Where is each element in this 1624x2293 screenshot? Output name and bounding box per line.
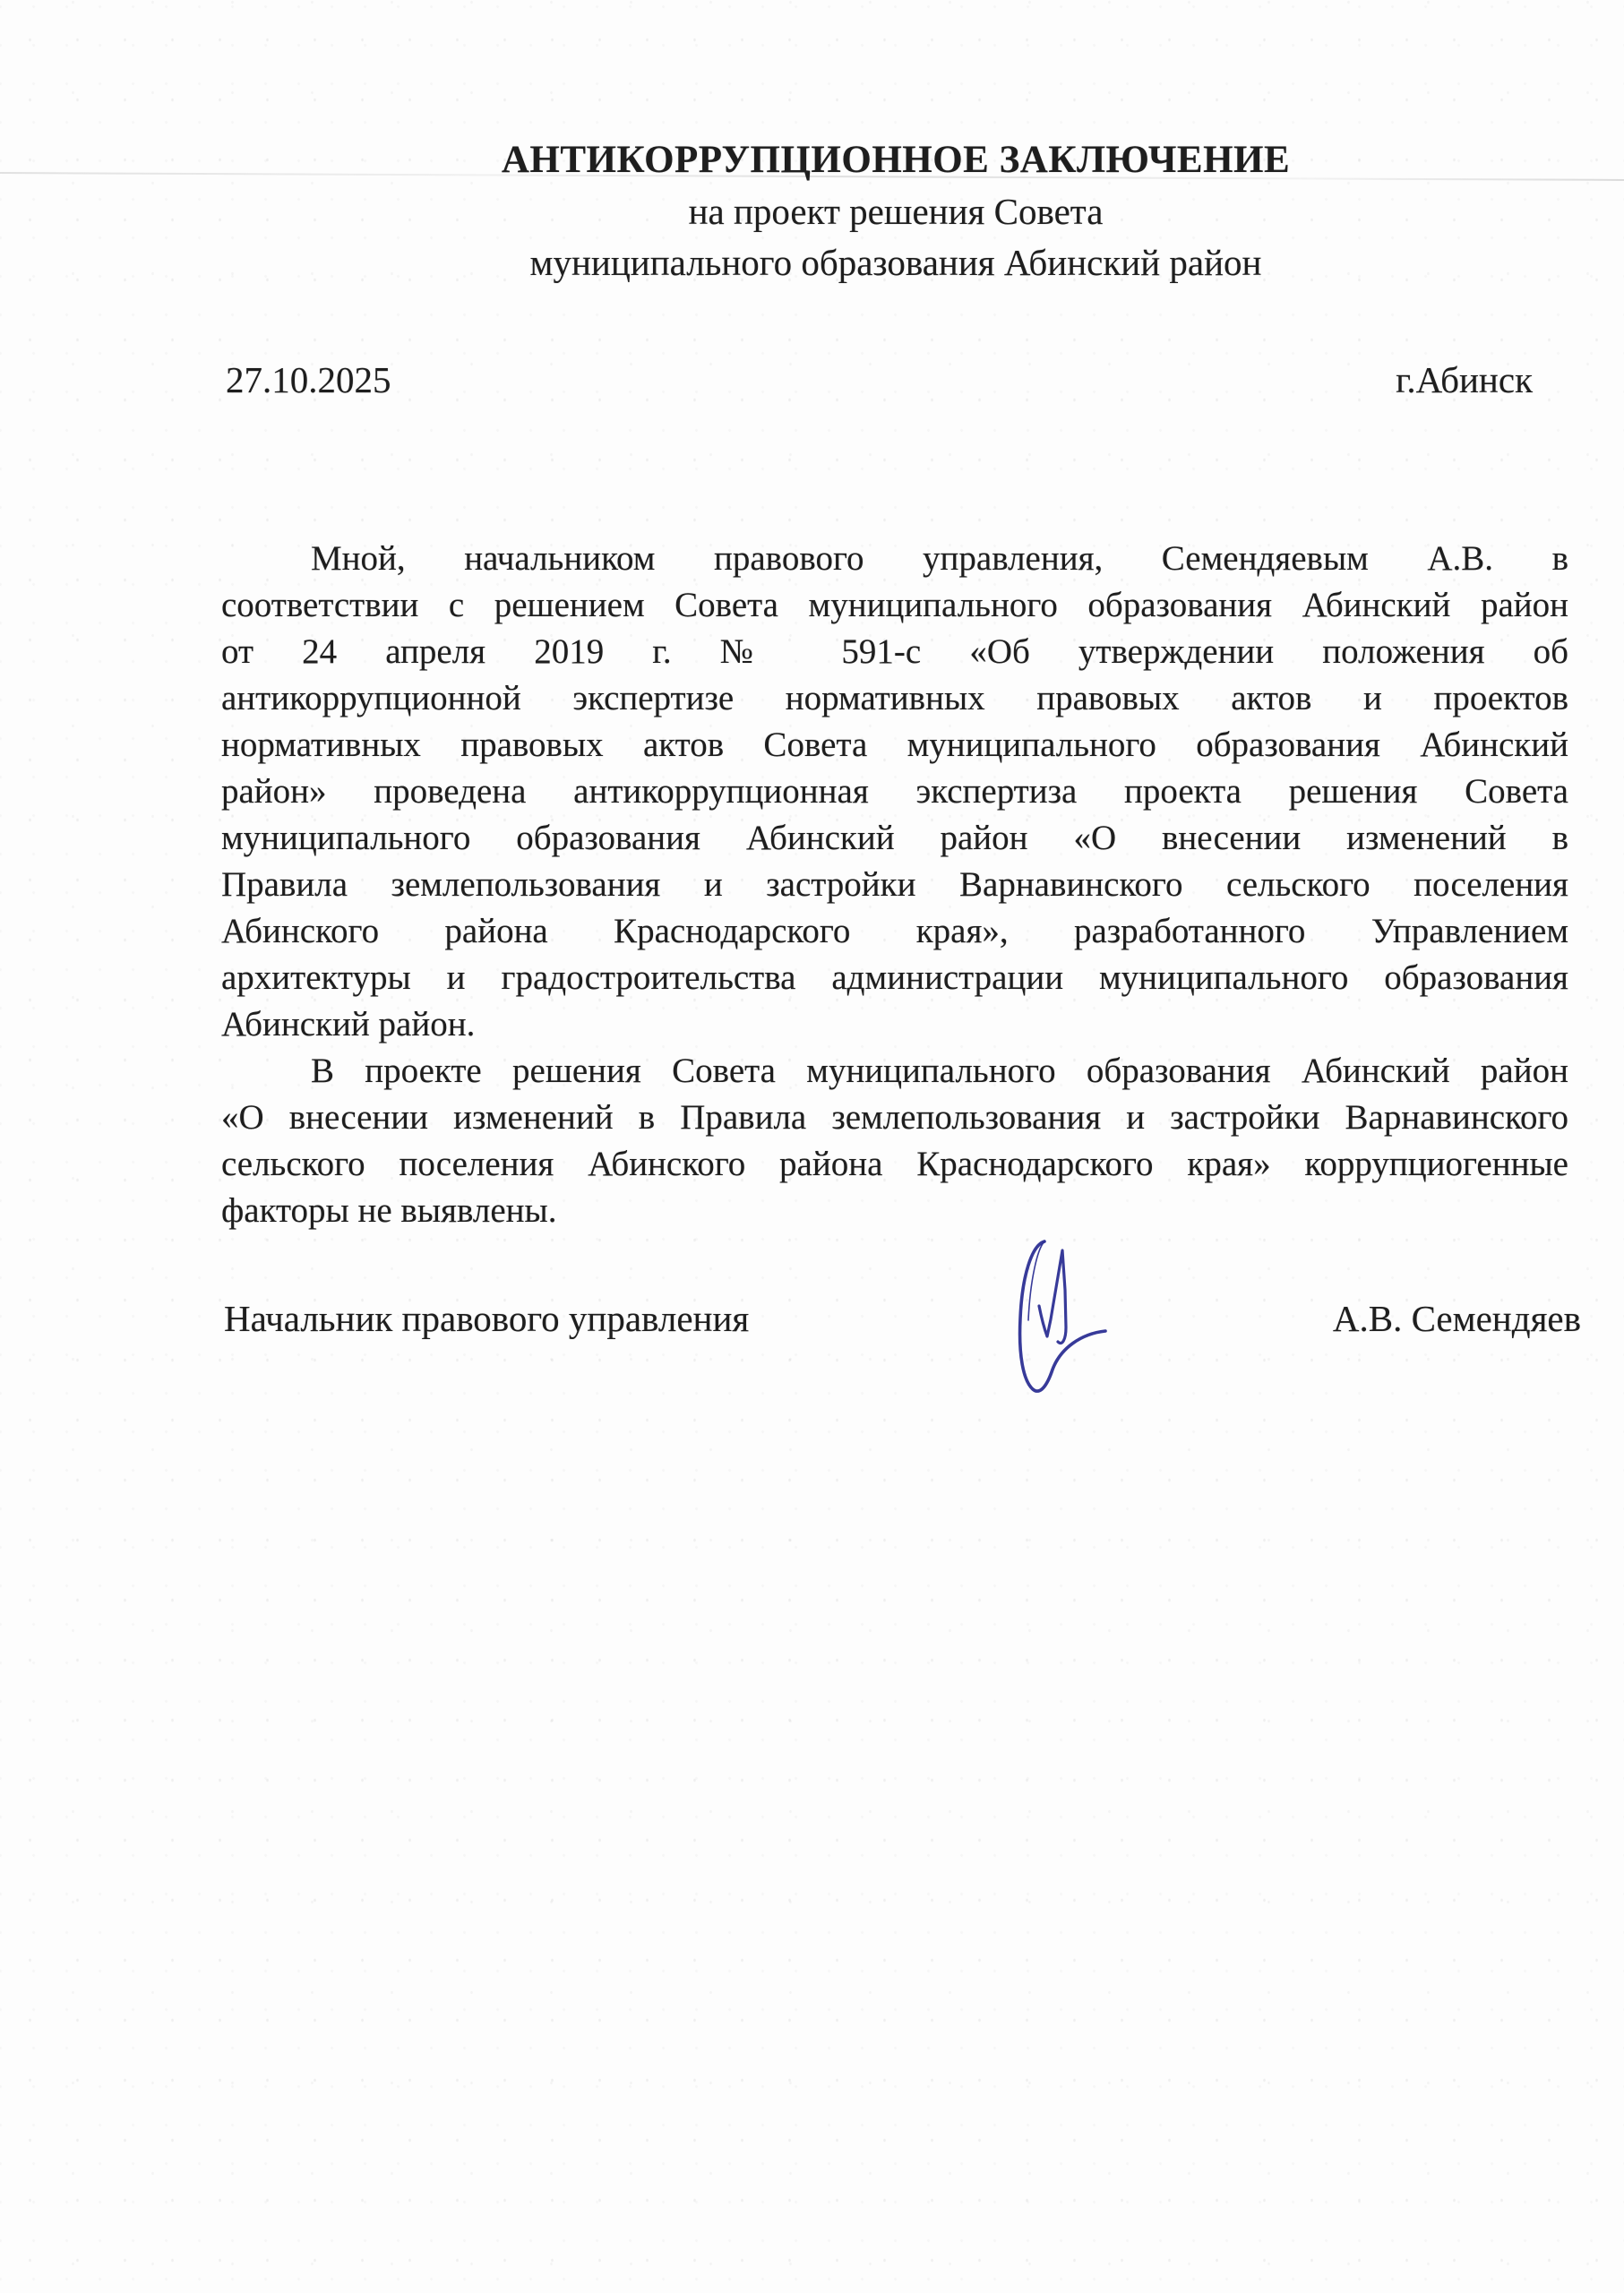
paragraph1-line-3: от 24 апреля 2019 г. № 591-с «Об утвержд…	[221, 629, 1568, 675]
document-title: АНТИКОРРУПЦИОННОЕ ЗАКЛЮЧЕНИЕ	[224, 134, 1568, 186]
paragraph2-line-3: сельского поселения Абинского района Кра…	[221, 1141, 1568, 1188]
paragraph2-line-2: «О внесении изменений в Правила землепол…	[221, 1095, 1568, 1141]
paragraph1-line-4: антикоррупционной экспертизе нормативных…	[221, 675, 1568, 722]
paragraph1-line-7: муниципального образования Абинский райо…	[221, 815, 1568, 862]
paragraph2-line-1: В проекте решения Совета муниципального …	[221, 1048, 1568, 1095]
document-subtitle-line-1: на проект решения Совета	[224, 186, 1568, 237]
paragraph1-line-11: Абинский район.	[221, 1001, 1568, 1048]
paragraph1-line-2: соответствии с решением Совета муниципал…	[221, 582, 1568, 629]
paragraph1-line-6: район» проведена антикоррупционная экспе…	[221, 769, 1568, 815]
date-place-row: 27.10.2025 г.Абинск	[226, 360, 1533, 399]
document-title-block: АНТИКОРРУПЦИОННОЕ ЗАКЛЮЧЕНИЕ на проект р…	[224, 134, 1568, 288]
paragraph2-line-4: факторы не выявлены.	[221, 1188, 1568, 1234]
document-place: г.Абинск	[1396, 360, 1533, 399]
scanned-document-page: АНТИКОРРУПЦИОННОЕ ЗАКЛЮЧЕНИЕ на проект р…	[0, 0, 1624, 2293]
signature-ink	[1010, 1234, 1121, 1406]
paragraph1-line-8: Правила землепользования и застройки Вар…	[221, 862, 1568, 908]
document-date: 27.10.2025	[226, 360, 391, 399]
signatory-name: А.В. Семендяев	[1333, 1298, 1581, 1339]
document-subtitle-line-2: муниципального образования Абинский райо…	[224, 237, 1568, 288]
signatory-position: Начальник правового управления	[224, 1298, 749, 1339]
paragraph1-line-1: Мной, начальником правового управления, …	[221, 536, 1568, 582]
paragraph1-line-5: нормативных правовых актов Совета муници…	[221, 722, 1568, 769]
signature-row: Начальник правового управления А.В. Семе…	[224, 1298, 1581, 1339]
paragraph1-line-9: Абинского района Краснодарского края», р…	[221, 908, 1568, 955]
paragraph1-line-10: архитектуры и градостроительства админис…	[221, 955, 1568, 1001]
document-body: Мной, начальником правового управления, …	[221, 536, 1568, 1234]
